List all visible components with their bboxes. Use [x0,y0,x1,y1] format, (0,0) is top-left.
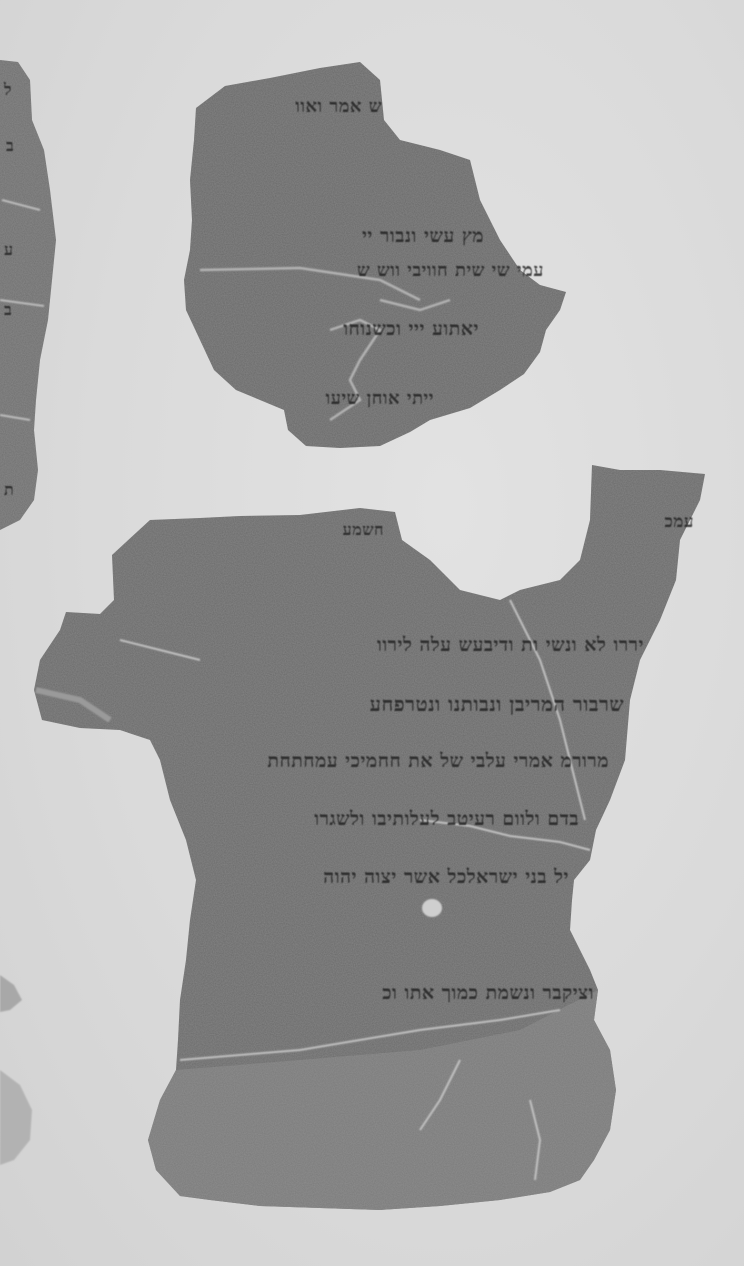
left-edge-letter: ת [4,480,14,500]
lower-line-3: מרורמ אמרי עלבי של את חחמיכי עמחתחת [267,750,609,773]
left-edge-letter: ל [4,80,12,100]
lower-line-top: חשמע [343,520,384,540]
lower-right-arm-line: עמכ [664,512,694,532]
left-edge-fragment-top [0,60,56,530]
left-edge-letter: ב [6,136,14,156]
upper-line-3: עמי שי שית חוויבי ווש ש [357,260,544,281]
left-edge-letter: ב [4,300,12,320]
lower-line-1: יררו לא ונשי ות ודיבעש עלה לירוו [377,634,644,657]
lower-line-2: שרבור המריבן ונבותנו ונטרפחע [370,692,624,717]
left-edge-letter: ע [4,240,14,260]
lower-line-4: בדם ולוום רעיטב לעלותיבו ולשגרו [314,808,579,831]
upper-line-5: ייתי אוחן שיעו [326,388,434,409]
photo-scene [0,0,744,1266]
lower-line-6: וציקבר ונשמת כמוך אתו וכ [382,982,594,1005]
left-edge-fragment-bottom [0,975,32,1165]
lower-line-5: יל בני ישראלכל אשר יצוה יהוה [323,866,569,889]
lower-fragment [34,465,705,1210]
upper-line-1: ש אמר ואוו [295,96,382,117]
upper-line-2: מץ עשי ונבור יי [362,225,484,248]
upper-line-4: יאתוע ייי וכשנוחו [343,318,479,341]
